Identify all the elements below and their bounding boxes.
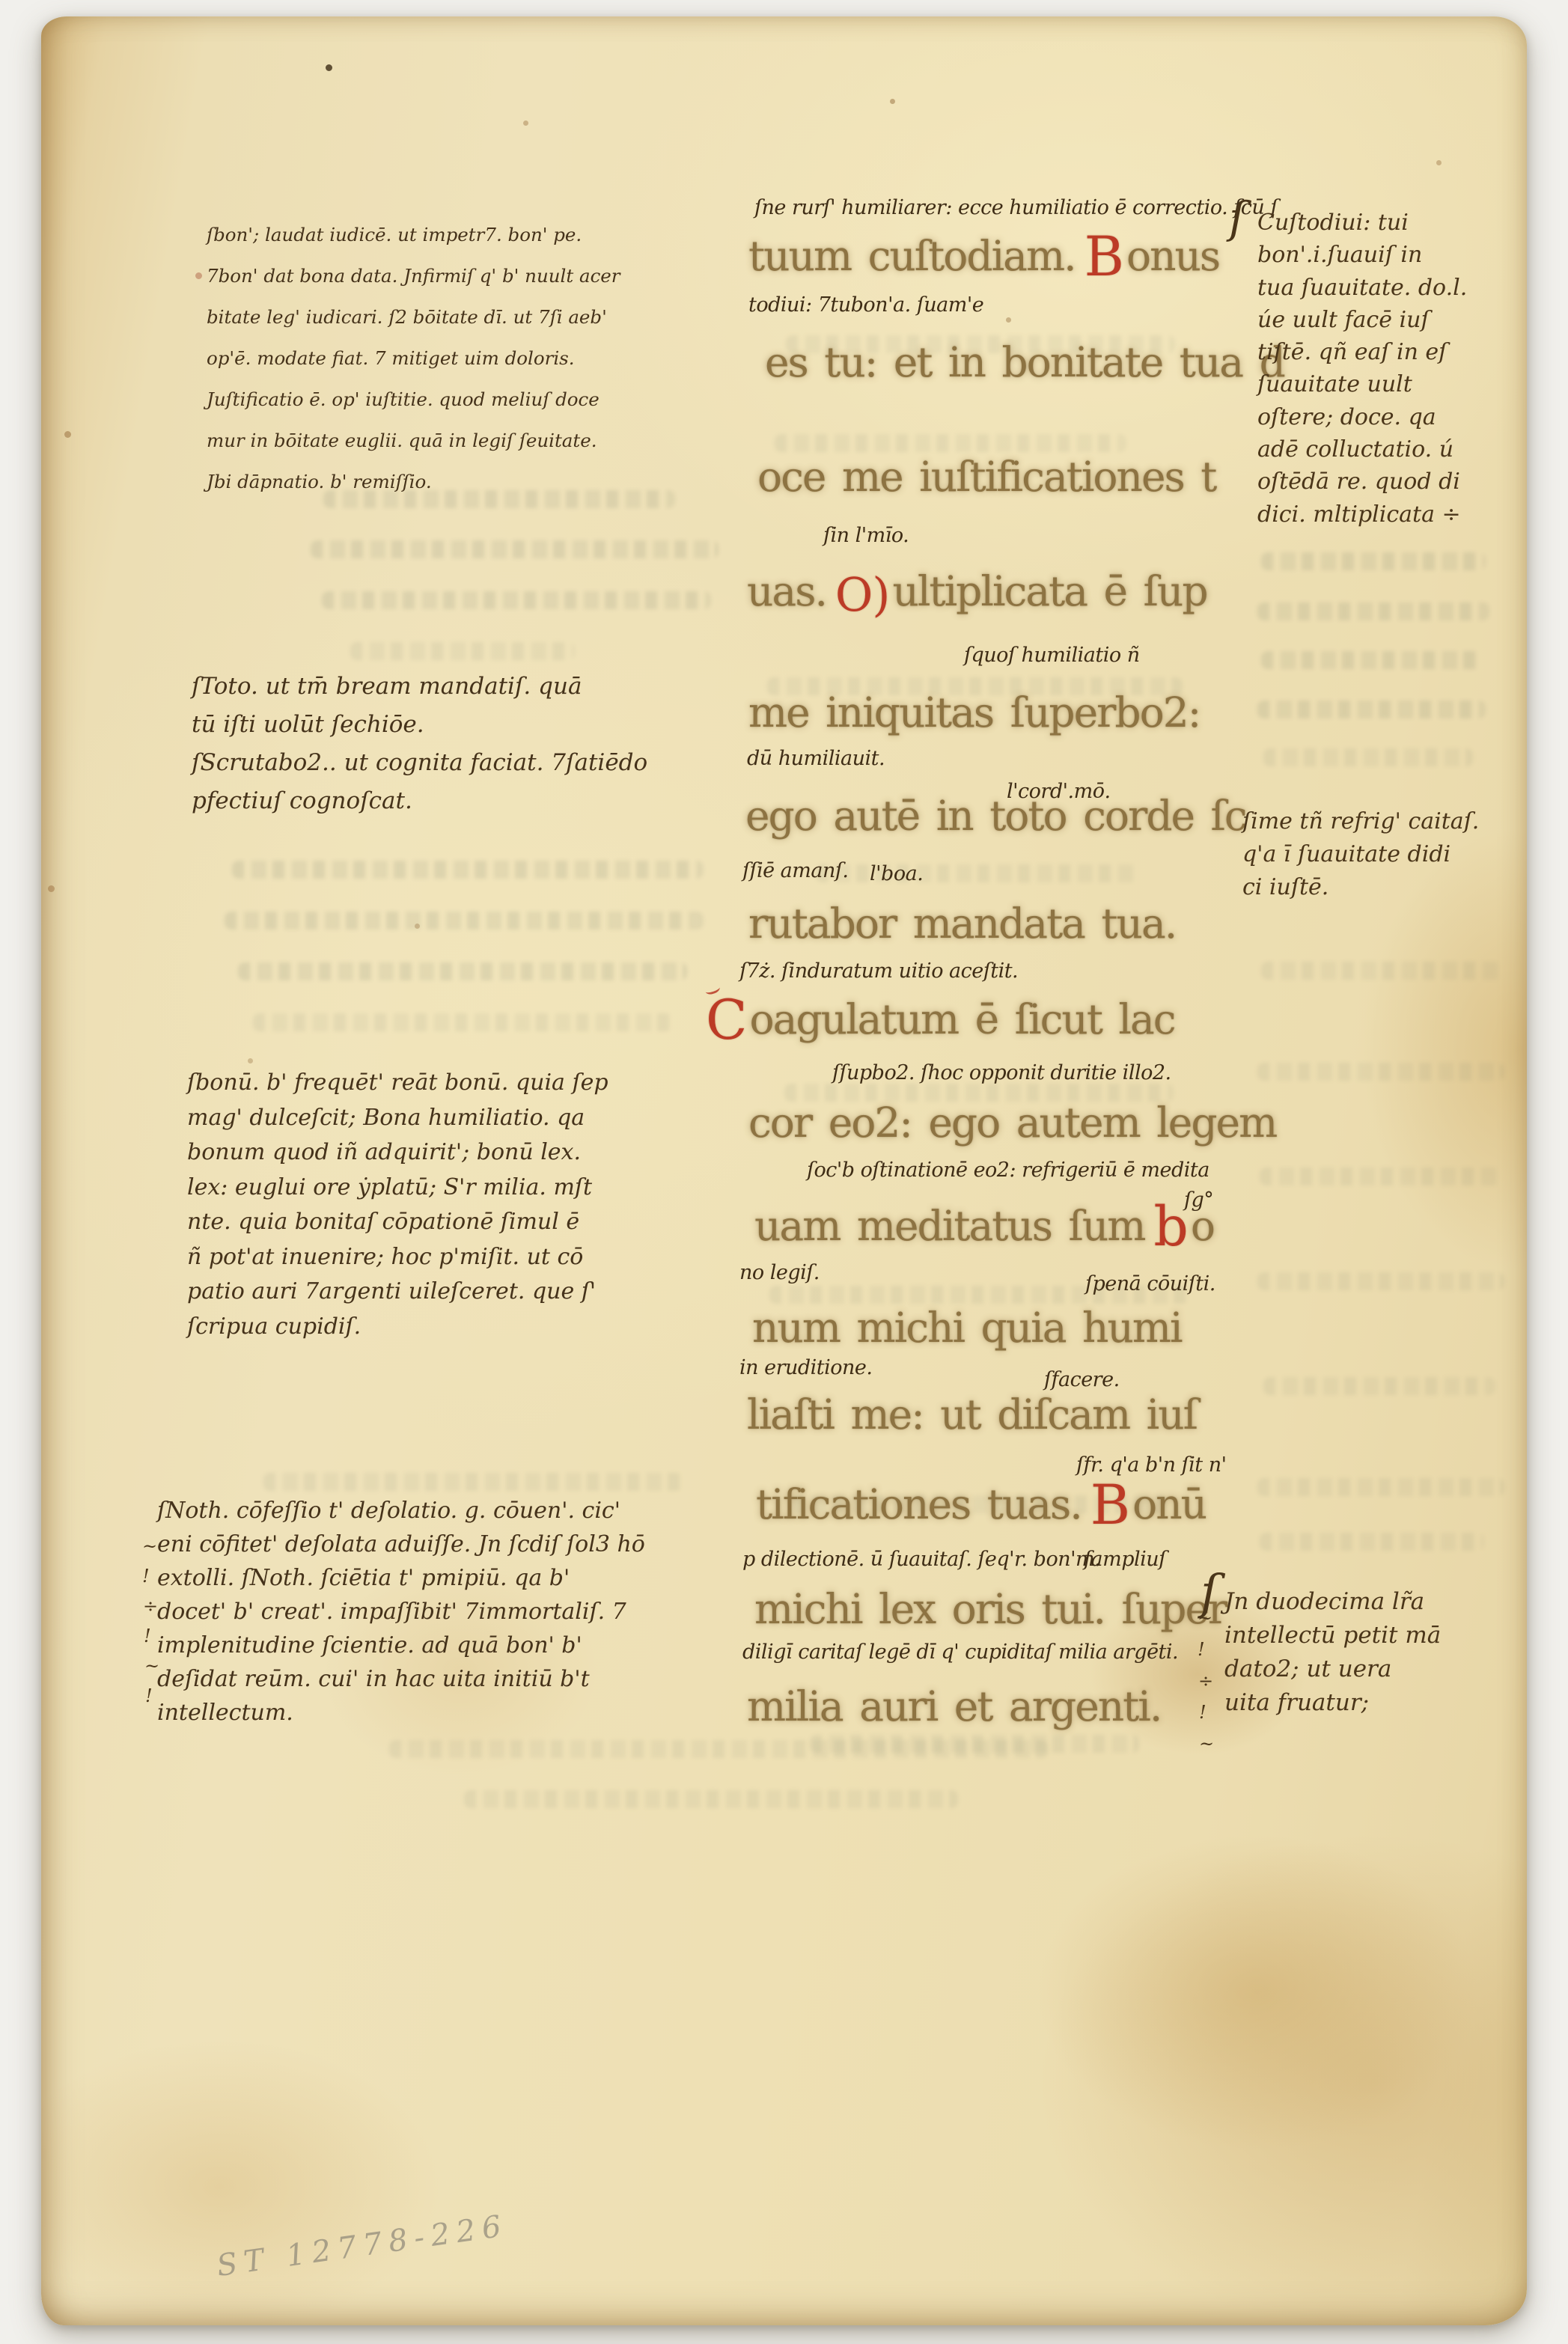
- psalm-line: rutabor mandata tua.: [748, 900, 1176, 947]
- psalm-line: uas.O)ultiplicata ē ſup: [747, 567, 1207, 615]
- gloss-line: ſime tñ refrig' caitaſ.: [1242, 805, 1479, 838]
- psalm-line: Coagulatum ē ſicut lac: [706, 995, 1175, 1043]
- tie-mark: !: [142, 1566, 150, 1587]
- gloss-line: uita fruatur;: [1224, 1686, 1441, 1720]
- psalm-line: milia auri et argenti.: [747, 1682, 1161, 1730]
- interlinear-gloss: l'boa.: [870, 862, 923, 885]
- initial-B-rubric: B: [1085, 226, 1123, 289]
- interlinear-gloss: diligī caritaſ legē dī q' cupiditaſ mili…: [742, 1641, 1178, 1664]
- interlinear-gloss: ſne rurſ' humiliarer: ecce humiliatio ē …: [754, 196, 1278, 219]
- gloss-line: op'ē. modate fiat. 7 mitiget uim doloris…: [207, 338, 620, 379]
- gloss-line: ñ pot'at inuenire; hoc p'miſit. ut cō: [187, 1240, 608, 1275]
- gloss-line: nte. quia bonitaſ cōpationē ſimul ē: [187, 1205, 608, 1240]
- gloss-line: Jn duodecima lr̃a: [1224, 1585, 1441, 1619]
- psalm-line: michi lex oris tui. ſuper: [754, 1585, 1226, 1633]
- interlinear-gloss: todiui: 7tubon'a. ſuam'e: [748, 293, 983, 317]
- psalm-line: ego autē in toto corde ſc: [745, 792, 1246, 840]
- gloss-line: ſNoth. cōfeſſio t' deſolatio. g. cōuen'.…: [157, 1494, 645, 1527]
- initial-C-rubric: C: [706, 989, 747, 1052]
- interlinear-gloss: dū humiliauit.: [747, 747, 885, 770]
- gloss-line: oſtēdā re. quod di: [1257, 466, 1467, 498]
- psalm-text: uam meditatus ſum: [754, 1202, 1144, 1250]
- right-margin-gloss-3: Jn duodecima lr̃a intellectū petit mā da…: [1224, 1585, 1441, 1720]
- psalm-text: oce me iuſtificationes t: [757, 453, 1215, 501]
- gloss-line: docet' b' creat'. impaſſibit' 7immortali…: [157, 1595, 645, 1629]
- tie-mark: ÷: [1198, 1670, 1213, 1691]
- gloss-line: bonum quod iñ adquirit'; bonū lex.: [187, 1135, 608, 1171]
- tie-mark: ÷: [143, 1596, 158, 1617]
- psalm-line: cor eo2: ego autem legem: [748, 1099, 1276, 1147]
- gloss-line: mag' dulceſcit; Bona humiliatio. qa: [187, 1101, 608, 1136]
- psalm-text: onus: [1126, 232, 1219, 280]
- right-margin-gloss-1: Cuſtodiui: tui bon'.i.ſuauiſ in tua ſuau…: [1257, 207, 1467, 531]
- gloss-line: q'a ī ſuauitate didi: [1242, 838, 1479, 871]
- psalm-text: ego autē in toto corde ſc: [745, 792, 1246, 840]
- interlinear-gloss: ſ7ż. ſinduratum uitio aceſtit.: [739, 959, 1018, 983]
- interlinear-gloss: ſin l'mīo.: [823, 524, 909, 547]
- gloss-line: Cuſtodiui: tui: [1257, 207, 1467, 239]
- gloss-line: tua ſuauitate. do.l.: [1257, 272, 1467, 304]
- interlinear-gloss: ſampliuſ: [1084, 1548, 1166, 1571]
- gloss-line: intellectum.: [157, 1696, 645, 1730]
- psalm-text: rutabor mandata tua.: [748, 900, 1176, 947]
- interlinear-gloss: in eruditione.: [739, 1356, 873, 1379]
- left-margin-gloss-2: ſToto. ut tm̄ bream mandatiſ. quā tū iſt…: [192, 668, 647, 820]
- psalm-text: tuum cuſtodiam.: [748, 232, 1076, 280]
- psalm-text: es tu: et in bonitate tua d: [765, 338, 1284, 386]
- tie-mark: !: [1199, 1702, 1206, 1723]
- psalm-text: liaſti me: ut diſcam iuſ: [747, 1391, 1197, 1438]
- gloss-line: mur in bōitate euglii. quā in legiſ ſeui…: [207, 420, 620, 461]
- psalm-line: oce me iuſtificationes t: [757, 453, 1215, 501]
- gloss-line: bitate leg' iudicari. ſ2 bōitate dī. ut …: [207, 296, 620, 338]
- interlinear-gloss: ſſiē amanſ.: [742, 859, 848, 882]
- photo-backdrop: ſbon'; laudat iudicē. ut impetr7. bon' p…: [0, 0, 1568, 2344]
- psalm-text: michi lex oris tui. ſuper: [754, 1585, 1226, 1633]
- tie-mark: ~: [1199, 1733, 1214, 1754]
- paraph-mark: ſ: [1229, 196, 1245, 239]
- gloss-line: úe uult facē iuſ: [1257, 304, 1467, 336]
- gloss-line: lex: euglui ore ẏplatū; S'r milia. mſt: [187, 1171, 608, 1206]
- gloss-line: deſidat reūm. cui' in hac uita initiū b'…: [157, 1662, 645, 1696]
- left-margin-gloss-4: ſNoth. cōfeſſio t' deſolatio. g. cōuen'.…: [157, 1494, 645, 1730]
- right-margin-gloss-2: ſime tñ refrig' caitaſ. q'a ī ſuauitate …: [1242, 805, 1479, 904]
- psalm-text: me iniquitas ſuperbo2:: [748, 689, 1200, 736]
- gloss-line: oſtere; doce. qa: [1257, 401, 1467, 433]
- psalm-line: tuum cuſtodiam.Bonus: [748, 232, 1219, 280]
- gloss-line: tiſtē. qñ eaſ in eſ: [1257, 336, 1467, 368]
- interlinear-gloss: no legiſ.: [739, 1261, 820, 1284]
- gloss-line: adē colluctatio. ú: [1257, 433, 1467, 466]
- left-margin-gloss-1: ſbon'; laudat iudicē. ut impetr7. bon' p…: [207, 214, 620, 502]
- psalm-line: num michi quia humi: [752, 1304, 1182, 1352]
- tie-mark: ~: [1198, 1608, 1212, 1629]
- gloss-line: ſbon'; laudat iudicē. ut impetr7. bon' p…: [207, 214, 620, 255]
- interlinear-gloss: ſoc'b oſtinationē eo2: refrigeriū ē medi…: [807, 1159, 1209, 1182]
- foxing-spots: [0, 0, 4, 4]
- psalm-text: uas.: [747, 567, 826, 615]
- psalm-line: liaſti me: ut diſcam iuſ: [747, 1391, 1197, 1438]
- gloss-line: eni cōfitet' deſolata aduiſſe. Jn ſcdiſ …: [157, 1527, 645, 1561]
- gloss-line: extolli. ſNoth. ſciētia t' pmipiū. qa b': [157, 1561, 645, 1595]
- gloss-line: ſToto. ut tm̄ bream mandatiſ. quā: [192, 668, 647, 706]
- psalm-text: ultiplicata ē ſup: [892, 567, 1206, 615]
- gloss-line: intellectū petit mā: [1224, 1619, 1441, 1652]
- gloss-line: tū iſti uolūt ſechiōe.: [192, 706, 647, 744]
- tie-mark: !: [144, 1626, 151, 1646]
- interlinear-gloss: ſfacere.: [1044, 1368, 1120, 1391]
- psalm-text: num michi quia humi: [752, 1304, 1182, 1352]
- interlinear-gloss: ſſupbo2. ſhoc opponit duritie illo2.: [832, 1061, 1171, 1084]
- initial-M-rubric: O): [835, 568, 890, 622]
- tie-mark: !: [145, 1685, 153, 1706]
- tie-mark: !: [1198, 1639, 1205, 1660]
- interlinear-gloss: p dilectionē. ū ſuauitaſ. ſeq'r. bon'm.: [742, 1548, 1100, 1571]
- tie-mark: ~: [144, 1655, 159, 1676]
- tie-mark: ~: [142, 1536, 157, 1557]
- gloss-line: Jbi dāpnatio. b' remiſſio.: [207, 461, 620, 502]
- psalm-line: me iniquitas ſuperbo2:: [748, 689, 1200, 736]
- interlinear-gloss: ſpenā cōuiſti.: [1085, 1272, 1215, 1295]
- gloss-line: ci iuſtē.: [1242, 871, 1479, 904]
- gloss-line: ſuauitate uult: [1257, 368, 1467, 400]
- psalm-text: milia auri et argenti.: [747, 1682, 1161, 1730]
- gloss-line: 7bon' dat bona data. Jnfirmiſ q' b' nuul…: [207, 255, 620, 296]
- interlinear-gloss: ſfr. q'a b'n ſit n': [1076, 1453, 1227, 1477]
- psalm-line: es tu: et in bonitate tua d: [765, 338, 1284, 386]
- gloss-line: ſcripua cupidiſ.: [187, 1310, 608, 1345]
- left-margin-gloss-3: ſbonū. b' frequēt' reāt bonū. quia ſep m…: [187, 1066, 608, 1344]
- gloss-line: pfectiuſ cognoſcat.: [192, 782, 647, 820]
- gloss-line: ſScrutabo2.. ut cognita faciat. 7ſatiēdo: [192, 744, 647, 782]
- psalm-text: tificationes tuas.: [756, 1480, 1082, 1528]
- interlinear-gloss: ſg°: [1184, 1188, 1213, 1212]
- psalm-line: tificationes tuas.Bonū: [756, 1480, 1206, 1528]
- gloss-line: bon'.i.ſuauiſ in: [1257, 239, 1467, 271]
- initial-b-rubric: b: [1153, 1196, 1187, 1259]
- gloss-line: ſbonū. b' frequēt' reāt bonū. quia ſep: [187, 1066, 608, 1101]
- gloss-line: implenitudine ſcientie. ad quā bon' b': [157, 1629, 645, 1662]
- psalm-text: oagulatum ē ſicut lac: [750, 995, 1175, 1043]
- interlinear-gloss: ſquoſ humiliatio ñ: [964, 644, 1140, 667]
- initial-B-rubric: B: [1090, 1474, 1129, 1537]
- psalm-text: onū: [1132, 1480, 1206, 1528]
- psalm-text: cor eo2: ego autem legem: [748, 1099, 1276, 1147]
- gloss-line: Juſtificatio ē. op' iuſtitie. quod meliu…: [207, 379, 620, 420]
- psalm-line: uam meditatus ſumbo: [754, 1202, 1214, 1250]
- gloss-line: dato2; ut uera: [1224, 1652, 1441, 1686]
- gloss-line: dici. mltiplicata ÷: [1257, 498, 1467, 531]
- gloss-line: patio auri 7argenti uileſceret. que ſ': [187, 1275, 608, 1310]
